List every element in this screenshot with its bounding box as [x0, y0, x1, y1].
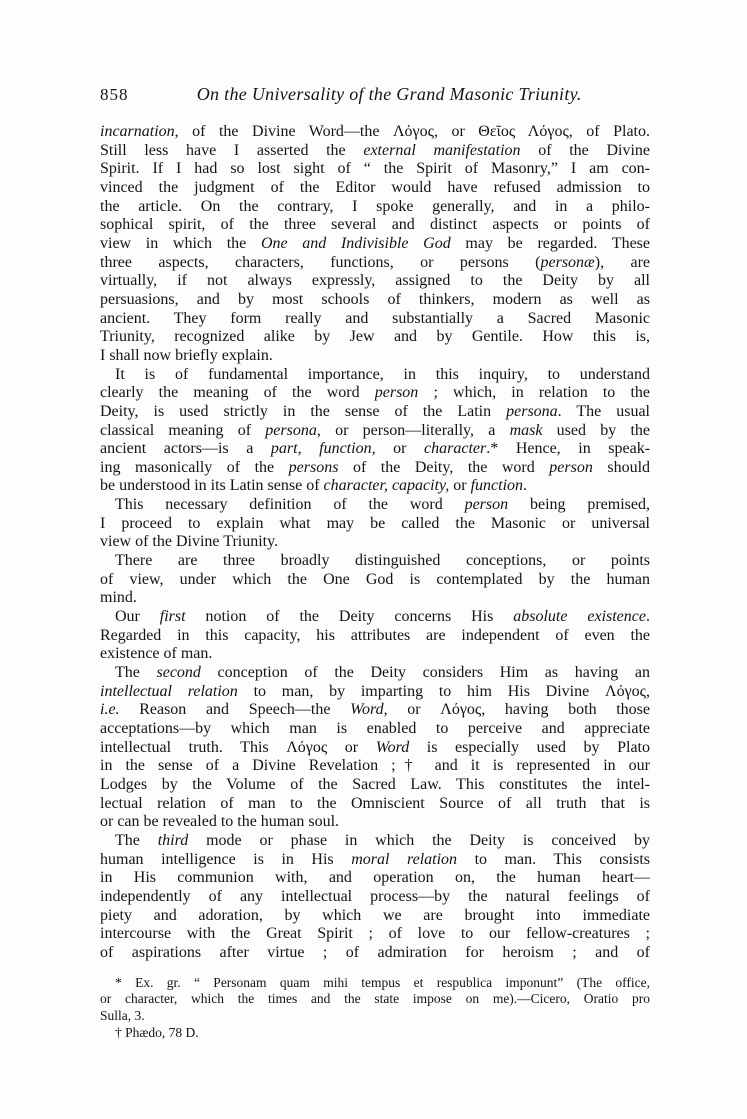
italic-text: moral relation: [351, 851, 457, 868]
body-text-segment: ; which, in relation to the: [418, 384, 650, 401]
body-text-segment: conception of the Deity considers Him as…: [201, 664, 650, 681]
body-text-segment: existence of man.: [100, 645, 212, 662]
running-title: On the Universality of the Grand Masonic…: [129, 84, 651, 105]
body-text-segment: The: [115, 664, 157, 681]
body-text-segment: Triunity, recognized alike by Jew and by…: [100, 328, 650, 345]
body-text-segment: is especially used by Plato: [409, 739, 650, 756]
body-text-segment: This necessary definition of the word: [115, 496, 465, 513]
body-text-segment: .: [646, 608, 650, 625]
body-text-segment: sophical spirit, of the three several an…: [100, 216, 650, 233]
body-text-segment: human intelligence is in His: [100, 851, 351, 868]
body-text-segment: view in which the: [100, 235, 261, 252]
body-text-segment: the article. On the contrary, I spoke ge…: [100, 198, 650, 215]
text-line: in His communion with, and operation on,…: [100, 869, 650, 888]
text-line: lectual relation of man to the Omniscien…: [100, 795, 650, 814]
body-text-segment: be understood in its Latin sense of: [100, 477, 324, 494]
italic-text: mask: [510, 422, 543, 439]
text-line: Our first notion of the Deity concerns H…: [100, 608, 650, 627]
body-text-segment: ing masonically of the: [100, 459, 289, 476]
text-line: Deity, is used strictly in the sense of …: [100, 403, 650, 422]
body-text-segment: should: [593, 459, 650, 476]
body-text-segment: . The usual: [558, 403, 650, 420]
body-text-segment: It is of fundamental importance, in this…: [115, 366, 650, 383]
body-text-segment: * Ex. gr. “ Personam quam mihi tempus et…: [115, 975, 650, 990]
text-line: Still less have I asserted the external …: [100, 142, 650, 161]
body-text-segment: , or person—literally, a: [317, 422, 510, 439]
body-text-segment: vinced the judgment of the Editor would …: [100, 179, 650, 196]
paragraph: This necessary definition of the word pe…: [100, 496, 650, 552]
body-text-segment: Our: [115, 608, 160, 625]
body-text-segment: or can be revealed to the human soul.: [100, 813, 339, 830]
body-text-segment: classical meaning of: [100, 422, 265, 439]
body-text-segment: of the Deity, the word: [338, 459, 549, 476]
text-line: The third mode or phase in which the Dei…: [100, 832, 650, 851]
body-text-segment: virtually, if not always expressly, assi…: [100, 272, 650, 289]
text-line: human intelligence is in His moral relat…: [100, 851, 650, 870]
body-text-segment: .: [523, 477, 527, 494]
text-line: I proceed to explain what may be called …: [100, 515, 650, 534]
body-text-segment: of aspirations after virtue ; of admirat…: [100, 944, 650, 961]
text-line: be understood in its Latin sense of char…: [100, 477, 650, 496]
italic-text: personæ: [541, 254, 595, 271]
body-text-segment: to man, by imparting to him His Divine Λ…: [238, 683, 650, 700]
text-line: Sulla, 3.: [100, 1008, 650, 1025]
body-text-segment: being premised,: [508, 496, 650, 513]
text-line: sophical spirit, of the three several an…: [100, 216, 650, 235]
text-line: three aspects, characters, functions, or…: [100, 254, 650, 273]
text-line: † Phædo, 78 D.: [100, 1025, 650, 1042]
text-line: This necessary definition of the word pe…: [100, 496, 650, 515]
body-text-segment: independently of any intellectual proces…: [100, 888, 650, 905]
italic-text: Word: [350, 701, 384, 718]
text-line: i.e. Reason and Speech—the Word, or Λόγο…: [100, 701, 650, 720]
body-text-segment: to man. This consists: [457, 851, 650, 868]
italic-text: absolute existence: [513, 608, 646, 625]
body-text-segment: of the Divine: [521, 142, 650, 159]
italic-text: character, capacity,: [324, 477, 450, 494]
body-text-segment: or character, which the times and the st…: [100, 991, 650, 1006]
text-line: intellectual truth. This Λόγος or Word i…: [100, 739, 650, 758]
body-text-segment: Still less have I asserted the: [100, 142, 363, 159]
italic-text: Word: [376, 739, 410, 756]
italic-text: incarnation: [100, 123, 175, 140]
body-text-segment: , of the Divine Word—the Λόγος, or Θεῖος…: [175, 123, 650, 140]
body-text-segment: mode or phase in which the Deity is conc…: [188, 832, 650, 849]
body-text-segment: piety and adoration, by which we are bro…: [100, 907, 650, 924]
text-line: of view, under which the One God is cont…: [100, 571, 650, 590]
text-line: view of the Divine Triunity.: [100, 533, 650, 552]
italic-text: person: [549, 459, 593, 476]
text-line: I shall now briefly explain.: [100, 347, 650, 366]
text-line: virtually, if not always expressly, assi…: [100, 272, 650, 291]
italic-text: intellectual relation: [100, 683, 238, 700]
body-text-segment: Lodges by the Volume of the Sacred Law. …: [100, 776, 650, 793]
italic-text: external manifestation: [363, 142, 520, 159]
italic-text: i.e.: [100, 701, 120, 718]
body-text-segment: ), are: [595, 254, 650, 271]
body-text-segment: three aspects, characters, functions, or…: [100, 254, 541, 271]
italic-text: second: [157, 664, 201, 681]
body-text-segment: or: [376, 440, 424, 457]
body-text-segment: I proceed to explain what may be called …: [100, 515, 650, 532]
paragraph: Our first notion of the Deity concerns H…: [100, 608, 650, 664]
text-line: in the sense of a Divine Revelation ;† a…: [100, 757, 650, 776]
italic-text: person: [375, 384, 419, 401]
text-line: incarnation, of the Divine Word—the Λόγο…: [100, 123, 650, 142]
paragraph: The third mode or phase in which the Dei…: [100, 832, 650, 963]
text-line: intercourse with the Great Spirit ; of l…: [100, 925, 650, 944]
italic-text: first: [160, 608, 186, 625]
text-line: existence of man.: [100, 645, 650, 664]
body-text-segment: may be regarded. These: [451, 235, 650, 252]
italic-text: function: [471, 477, 523, 494]
italic-text: third: [158, 832, 189, 849]
italic-text: persona: [506, 403, 558, 420]
text-block: 858 On the Universality of the Grand Mas…: [100, 84, 650, 1042]
body-text-segment: Deity, is used strictly in the sense of …: [100, 403, 506, 420]
italic-text: One and Indivisible God: [261, 235, 451, 252]
body-text-segment: view of the Divine Triunity.: [100, 533, 278, 550]
text-line: Regarded in this capacity, his attribute…: [100, 627, 650, 646]
text-line: piety and adoration, by which we are bro…: [100, 907, 650, 926]
text-line: independently of any intellectual proces…: [100, 888, 650, 907]
text-line: There are three broadly distinguished co…: [100, 552, 650, 571]
body-text-segment: ancient actors—is a: [100, 440, 271, 457]
page-header: 858 On the Universality of the Grand Mas…: [100, 84, 650, 105]
body-text-segment: persuasions, and by most schools of thin…: [100, 291, 650, 308]
text-line: persuasions, and by most schools of thin…: [100, 291, 650, 310]
italic-text: person: [465, 496, 509, 513]
body-text-segment: notion of the Deity concerns His: [186, 608, 514, 625]
body-text-segment: or: [449, 477, 470, 494]
text-line: Spirit. If I had so lost sight of “ the …: [100, 160, 650, 179]
text-line: the article. On the contrary, I spoke ge…: [100, 198, 650, 217]
body-text-segment: .* Hence, in speak-: [486, 440, 650, 457]
text-line: classical meaning of persona, or person—…: [100, 422, 650, 441]
text-line: or character, which the times and the st…: [100, 991, 650, 1008]
text-line: The second conception of the Deity consi…: [100, 664, 650, 683]
paragraph: † Phædo, 78 D.: [100, 1025, 650, 1042]
scanned-book-page: 858 On the Universality of the Grand Mas…: [0, 0, 747, 1119]
text-line: Lodges by the Volume of the Sacred Law. …: [100, 776, 650, 795]
body-text-segment: , or Λόγος, having both those: [384, 701, 650, 718]
body-text-segment: ancient. They form really and substantia…: [100, 310, 650, 327]
paragraph: The second conception of the Deity consi…: [100, 664, 650, 832]
page-number: 858: [100, 84, 129, 105]
text-line: ancient. They form really and substantia…: [100, 310, 650, 329]
body-text-segment: I shall now briefly explain.: [100, 347, 273, 364]
text-line: Triunity, recognized alike by Jew and by…: [100, 328, 650, 347]
body-text-segment: acceptations—by which man is enabled to …: [100, 720, 650, 737]
text-line: * Ex. gr. “ Personam quam mihi tempus et…: [100, 975, 650, 992]
text-line: or can be revealed to the human soul.: [100, 813, 650, 832]
text-line: mind.: [100, 589, 650, 608]
body-text-segment: of view, under which the One God is cont…: [100, 571, 650, 588]
text-line: intellectual relation to man, by imparti…: [100, 683, 650, 702]
body-text-segment: intellectual truth. This Λόγος or: [100, 739, 376, 756]
paragraph: * Ex. gr. “ Personam quam mihi tempus et…: [100, 975, 650, 1026]
text-line: acceptations—by which man is enabled to …: [100, 720, 650, 739]
body-text-segment: Reason and Speech—the: [120, 701, 351, 718]
italic-text: part, function,: [271, 440, 376, 457]
body-text-segment: The: [115, 832, 158, 849]
text-line: clearly the meaning of the word person ;…: [100, 384, 650, 403]
body-text-segment: in His communion with, and operation on,…: [100, 869, 650, 886]
paragraph: There are three broadly distinguished co…: [100, 552, 650, 608]
paragraph: incarnation, of the Divine Word—the Λόγο…: [100, 123, 650, 366]
text-line: of aspirations after virtue ; of admirat…: [100, 944, 650, 963]
italic-text: persona: [265, 422, 317, 439]
body-text-segment: in the sense of a Divine Revelation ;† a…: [100, 757, 650, 774]
body-text-segment: † Phædo, 78 D.: [115, 1025, 199, 1040]
body-text-segment: Spirit. If I had so lost sight of “ the …: [100, 160, 650, 177]
footnote-section: * Ex. gr. “ Personam quam mihi tempus et…: [100, 975, 650, 1043]
body-text-segment: There are three broadly distinguished co…: [115, 552, 650, 569]
body-text-segment: used by the: [542, 422, 650, 439]
body-text-segment: intercourse with the Great Spirit ; of l…: [100, 925, 650, 942]
italic-text: persons: [289, 459, 339, 476]
body-text-segment: Regarded in this capacity, his attribute…: [100, 627, 650, 644]
text-line: ancient actors—is a part, function, or c…: [100, 440, 650, 459]
text-line: view in which the One and Indivisible Go…: [100, 235, 650, 254]
text-line: ing masonically of the persons of the De…: [100, 459, 650, 478]
text-line: vinced the judgment of the Editor would …: [100, 179, 650, 198]
body-text-segment: clearly the meaning of the word: [100, 384, 375, 401]
body-text-segment: Sulla, 3.: [100, 1008, 145, 1023]
text-line: It is of fundamental importance, in this…: [100, 366, 650, 385]
body-text-segment: mind.: [100, 589, 137, 606]
italic-text: character: [424, 440, 486, 457]
body-text-segment: lectual relation of man to the Omniscien…: [100, 795, 650, 812]
paragraph: It is of fundamental importance, in this…: [100, 366, 650, 497]
body-text: incarnation, of the Divine Word—the Λόγο…: [100, 123, 650, 963]
